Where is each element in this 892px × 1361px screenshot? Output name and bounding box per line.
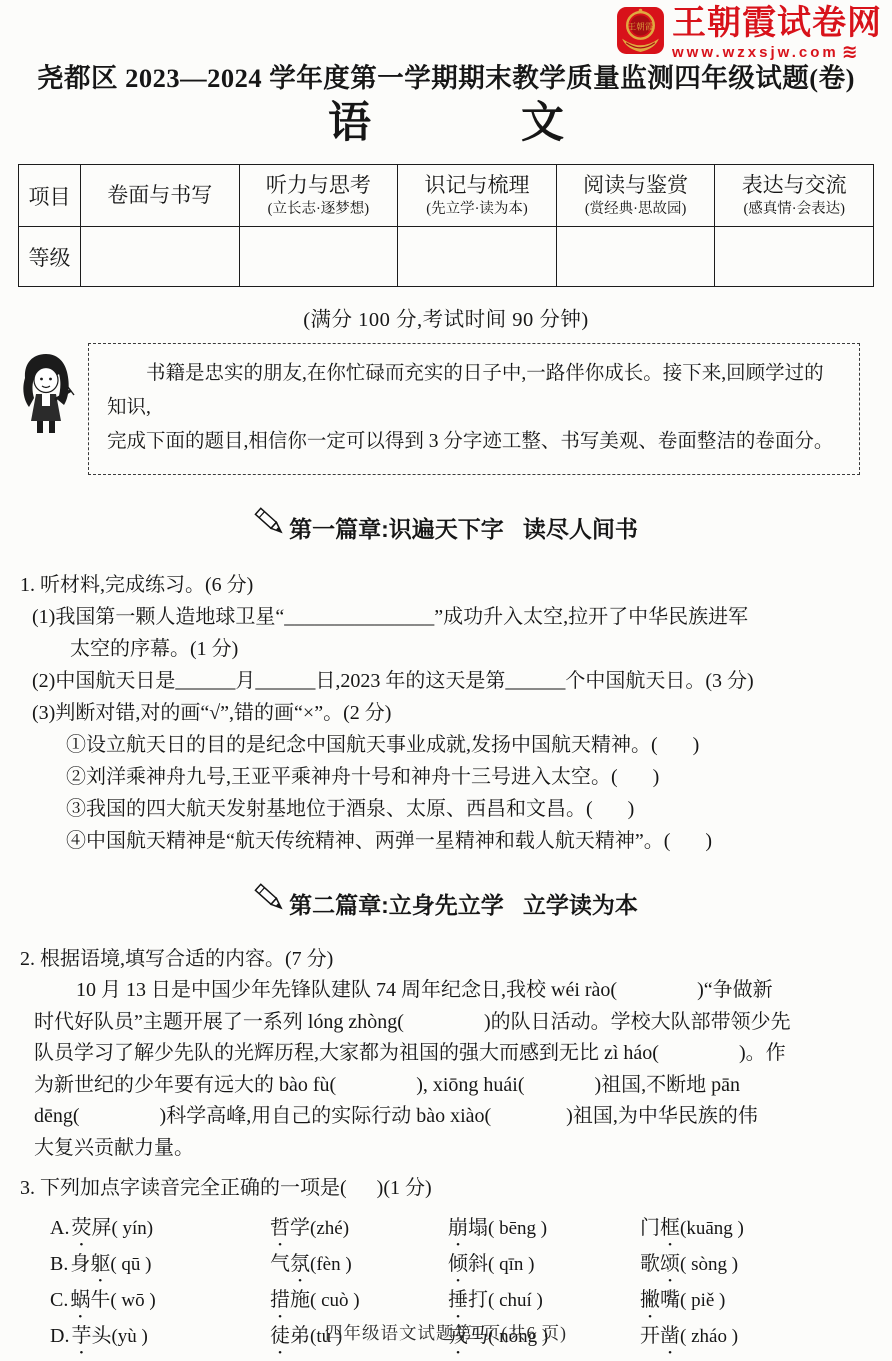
- q1-judge-item: ①设立航天日的目的是纪念中国航天事业成就,发扬中国航天精神。( ): [20, 729, 876, 761]
- q2-passage-line: 10 月 13 日是中国少年先锋队建队 74 周年纪念日,我校 wéi rào(…: [34, 975, 876, 1007]
- q2-passage: 10 月 13 日是中国少年先锋队建队 74 周年纪念日,我校 wéi rào(…: [34, 975, 876, 1164]
- chapter1-heading: 第一篇章:识遍天下字 读尽人间书: [0, 507, 892, 547]
- q1-sub1-line1: (1)我国第一颗人造地球卫星“_______________”成功升入太空,拉开…: [20, 601, 876, 633]
- table-header-cell: 表达与交流 (感真情·会表达): [715, 165, 874, 227]
- site-url: www.wzxsjw.com ≋: [672, 43, 858, 62]
- q1-sub3: (3)判断对错,对的画“√”,错的画“×”。(2 分): [20, 697, 876, 729]
- grade-cell: [715, 227, 874, 287]
- intro-line: 书籍是忠实的朋友,在你忙碌而充实的日子中,一路伴你成长。接下来,回顾学过的知识,: [107, 357, 841, 425]
- dotted-char: 崩: [448, 1212, 468, 1245]
- dotted-char: 措: [270, 1284, 290, 1317]
- q3-option-A-word2: 哲学(zhé): [270, 1212, 448, 1245]
- grade-cell: [398, 227, 557, 287]
- q1-judge-item: ③我国的四大航天发射基地位于酒泉、太原、西昌和文昌。( ): [20, 793, 876, 825]
- pencil-icon: [254, 505, 286, 545]
- exam-info: (满分 100 分,考试时间 90 分钟): [0, 302, 892, 332]
- q2-passage-line: 时代好队员”主题开展了一系列 lóng zhòng( )的队日活动。学校大队部带…: [34, 1007, 876, 1039]
- dotted-char: 倾: [448, 1248, 468, 1281]
- table-header-cell: 识记与梳理 (先立学·读为本): [398, 165, 557, 227]
- dotted-char: 捶: [448, 1284, 468, 1317]
- grade-cell: [556, 227, 715, 287]
- q2-passage-line: 为新世纪的少年要有远大的 bào fù( ), xiōng huái( )祖国,…: [34, 1070, 876, 1102]
- emblem-text: 王朝霞: [628, 20, 654, 31]
- grade-row-label: 等级: [19, 227, 81, 287]
- chapter2-heading: 第二篇章:立身先立学 立学读为本: [0, 883, 892, 923]
- site-logo: 王朝霞 王朝霞试卷网 www.wzxsjw.com ≋: [616, 6, 882, 62]
- q2-passage-line: 大复兴贡献力量。: [34, 1133, 876, 1165]
- subject-title: 语 文: [0, 99, 892, 148]
- table-header-cell: 卷面与书写: [81, 165, 240, 227]
- wave-lines-icon: ≋: [842, 43, 858, 62]
- q3-option-B-word1: B.身躯( qū ): [50, 1248, 270, 1281]
- footer-page-info: 四年级语文试题第1页(共6 页): [0, 1320, 892, 1345]
- q1-sub2: (2)中国航天日是______月______日,2023 年的这天是第_____…: [20, 665, 876, 697]
- dotted-char: 荧: [71, 1212, 91, 1245]
- q2-passage-line: 队员学习了解少先队的光辉历程,大家都为祖国的强大而感到无比 zì háo( )。…: [34, 1038, 876, 1070]
- table-corner-label: 项目: [19, 165, 81, 227]
- q3-option-C-word3: 捶打( chuí ): [448, 1284, 640, 1317]
- q1-judge-item: ④中国航天精神是“航天传统精神、两弹一星精神和载人航天精神”。( ): [20, 825, 876, 857]
- q3-option-A-word1: A.荧屏( yín): [50, 1212, 270, 1245]
- question-2: 2. 根据语境,填写合适的内容。(7 分) 10 月 13 日是中国少年先锋队建…: [0, 943, 892, 1164]
- table-header-cell: 听力与思考 (立长志·逐梦想): [239, 165, 398, 227]
- intro-line: 完成下面的题目,相信你一定可以得到 3 分字迹工整、书写美观、卷面整洁的卷面分。: [107, 425, 841, 459]
- dotted-char: 框: [660, 1212, 680, 1245]
- dotted-char: 撇: [640, 1284, 660, 1317]
- dotted-char: 哲: [270, 1212, 290, 1245]
- score-table: 项目 卷面与书写 听力与思考 (立长志·逐梦想) 识记与梳理 (先立学·读为本)…: [18, 164, 874, 287]
- q3-option-C-word2: 措施( cuò ): [270, 1284, 448, 1317]
- q2-stem: 2. 根据语境,填写合适的内容。(7 分): [20, 943, 876, 975]
- chapter2-title: 第二篇章:立身先立学 立学读为本: [289, 887, 638, 920]
- q3-option-C-word4: 撇嘴( piě ): [640, 1284, 876, 1317]
- q3-option-B-word2: 气氛(fèn ): [270, 1248, 448, 1281]
- grade-cell: [81, 227, 240, 287]
- dotted-char: 蜗: [70, 1284, 90, 1317]
- q3-option-A-word3: 崩塌( bēng ): [448, 1212, 640, 1245]
- q3-option-B-word4: 歌颂( sòng ): [640, 1248, 876, 1281]
- q3-option-B-word3: 倾斜( qīn ): [448, 1248, 640, 1281]
- q3-stem: 3. 下列加点字读音完全正确的一项是( )(1 分): [20, 1172, 876, 1204]
- page-title: 尧都区 2023—2024 学年度第一学期期末教学质量监测四年级试题(卷): [14, 56, 878, 95]
- q3-option-A-word4: 门框(kuāng ): [640, 1212, 876, 1245]
- site-name: 王朝霞试卷网: [672, 6, 882, 42]
- intro-message-box: 书籍是忠实的朋友,在你忙碌而充实的日子中,一路伴你成长。接下来,回顾学过的知识,…: [88, 343, 860, 475]
- dotted-char: 躯: [90, 1248, 110, 1281]
- q1-judge-item: ②刘洋乘神舟九号,王亚平乘神舟十号和神舟十三号进入太空。( ): [20, 761, 876, 793]
- question-1: 1. 听材料,完成练习。(6 分) (1)我国第一颗人造地球卫星“_______…: [0, 569, 892, 857]
- chapter1-title: 第一篇章:识遍天下字 读尽人间书: [289, 511, 638, 544]
- girl-illustration: [16, 351, 76, 442]
- dotted-char: 颂: [660, 1248, 680, 1281]
- grade-cell: [239, 227, 398, 287]
- q2-passage-line: dēng( )科学高峰,用自己的实际行动 bào xiào( )祖国,为中华民族…: [34, 1101, 876, 1133]
- q1-sub1-line2: 太空的序幕。(1 分): [20, 633, 876, 665]
- table-header-cell: 阅读与鉴赏 (赏经典·思故园): [556, 165, 715, 227]
- q3-option-C-word1: C.蜗牛( wō ): [50, 1284, 270, 1317]
- q1-stem: 1. 听材料,完成练习。(6 分): [20, 569, 876, 601]
- dotted-char: 氛: [290, 1248, 310, 1281]
- brand-emblem-icon: 王朝霞: [616, 6, 665, 60]
- pencil-icon: [254, 881, 286, 921]
